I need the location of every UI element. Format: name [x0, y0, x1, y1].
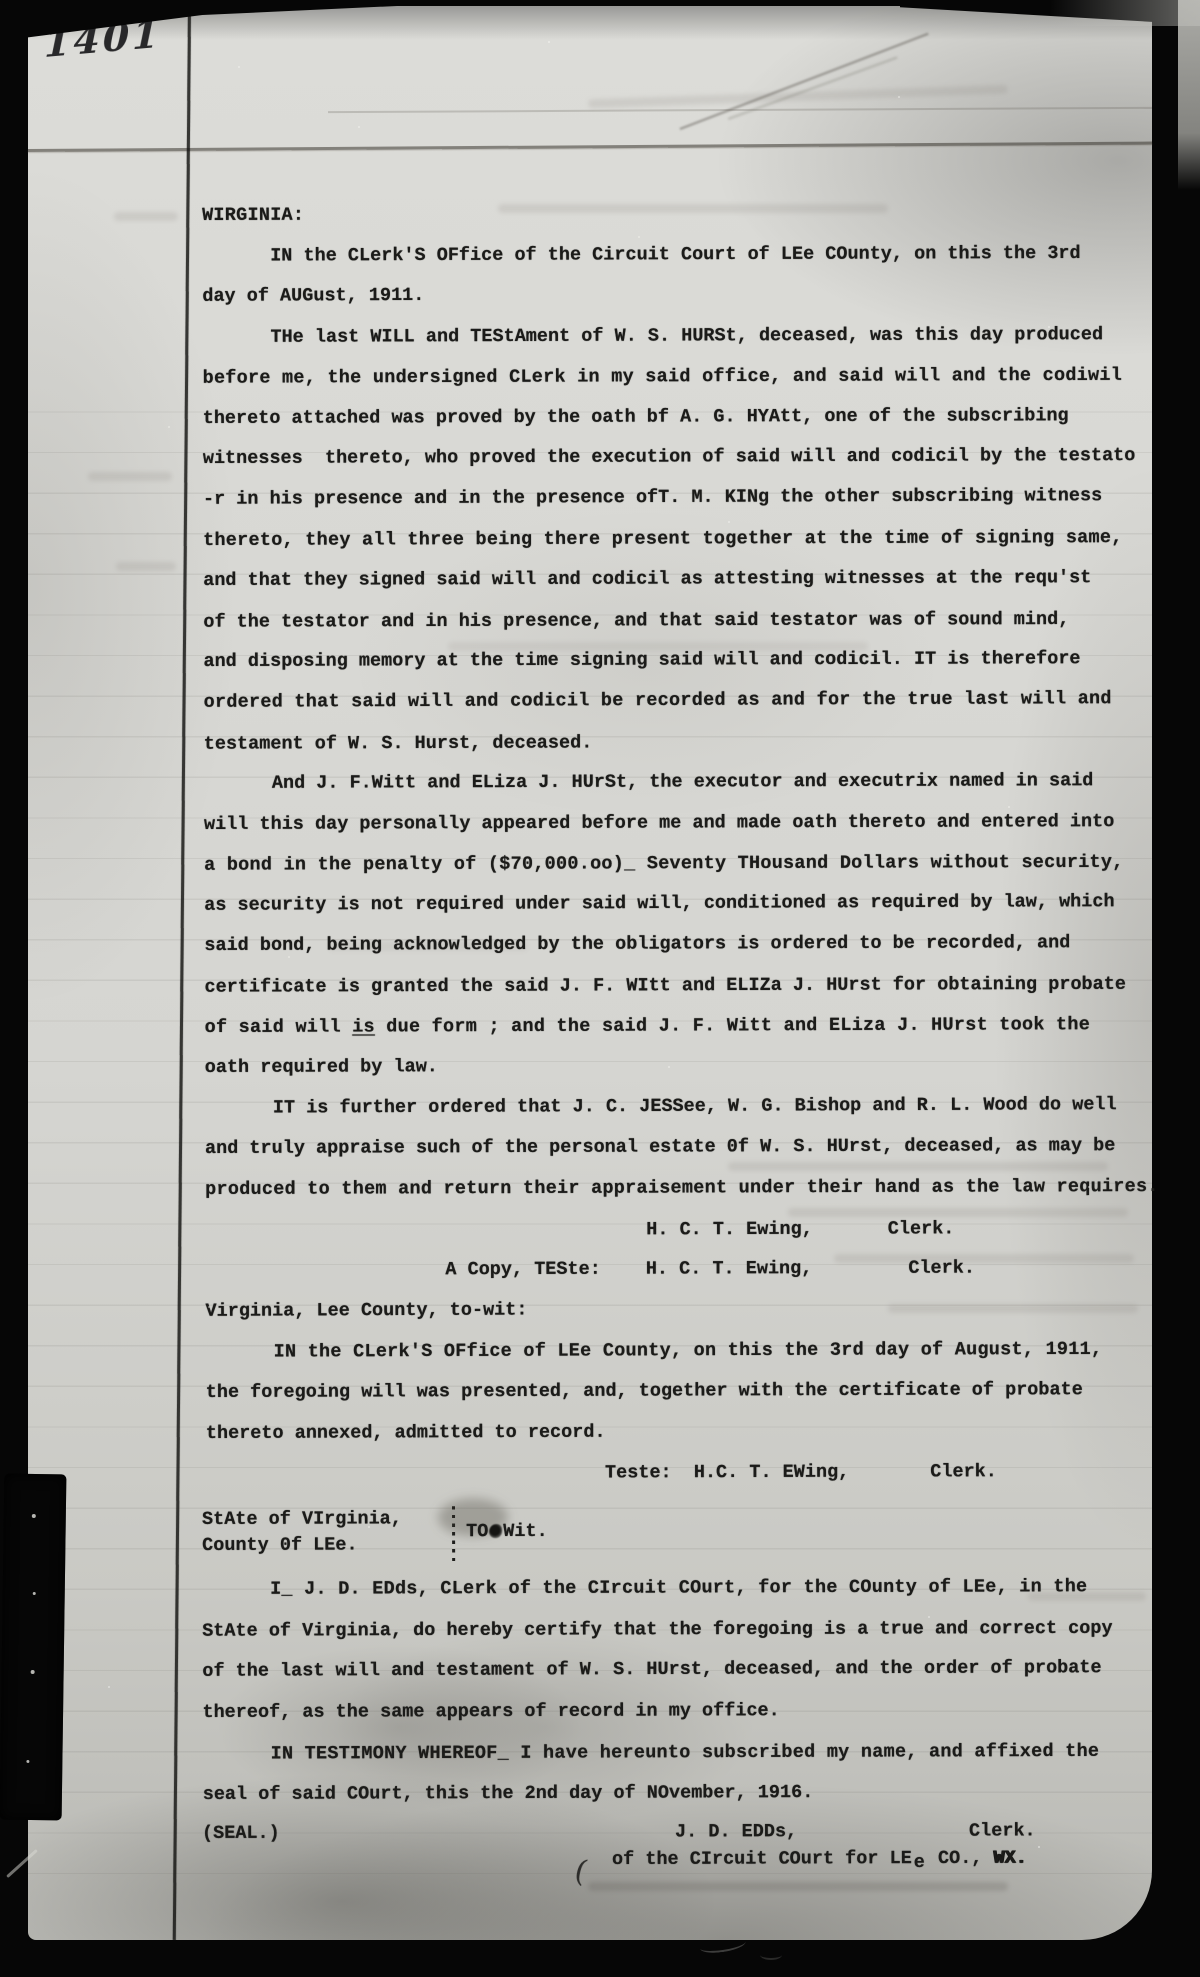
typed-line: of the testator and in his presence, and… — [203, 599, 1153, 643]
typed-text-segment: Clerk. — [888, 1218, 955, 1239]
typed-line: day of AUGust, 1911. — [202, 272, 1152, 316]
state-line: StAte of VIrginia, — [202, 1506, 402, 1533]
typed-line: thereto attached was proved by the oath … — [203, 395, 1153, 439]
scan-edge-light — [1050, 0, 1200, 26]
typed-line: ordered that said will and codicil be re… — [204, 678, 1154, 722]
typed-line: and disposing memory at the time signing… — [203, 639, 1153, 683]
dust-speck — [32, 1514, 36, 1518]
ghost-text-smudge — [88, 472, 172, 481]
typed-line: StAte of Virginia, do hereby certify tha… — [202, 1608, 1152, 1652]
typed-line: IN the CLerk'S OFfice of LEe County, on … — [206, 1329, 1156, 1373]
black-ink-blotch — [0, 1474, 66, 1821]
typed-line: I_ J. D. EDds, CLerk of the CIrcuit COur… — [202, 1566, 1152, 1610]
typed-line: before me, the undersigned CLerk in my s… — [203, 355, 1153, 399]
typed-line: THe last WILL and TEStAment of W. S. HUR… — [202, 314, 1152, 358]
ghost-text-smudge — [588, 85, 1008, 109]
typed-text-block-1: WIRGINIA:IN the CLerk'S OFfice of the Ci… — [202, 192, 1156, 1494]
to-wit-post: Wit. — [503, 1521, 547, 1542]
ghost-text-smudge — [114, 212, 178, 221]
ghost-text-smudge — [588, 1882, 1008, 1891]
court-line: of the CIrcuit COurt for LEe CO., WX. — [612, 1848, 1027, 1870]
pen-squiggle-mark: ( — [571, 1853, 591, 1890]
faint-rule-line — [328, 107, 1152, 113]
horizontal-rule-line — [28, 142, 1152, 152]
scan-edge-light — [1178, 0, 1200, 190]
document-page: 1401 WIRGINIA:IN the CLerk'S OFfice of t… — [28, 6, 1152, 1940]
typed-line: of said will is due form ; and the said … — [205, 1004, 1155, 1048]
dust-speck — [33, 1592, 36, 1595]
typed-line: IN the CLerk'S OFfice of the Circuit Cou… — [202, 233, 1152, 277]
paper-crease — [680, 33, 929, 131]
scanned-document-photo: { "page_number": "1401", "colors": { "pa… — [0, 0, 1200, 1977]
typed-line: WIRGINIA: — [202, 192, 1152, 236]
vertical-margin-rule — [173, 6, 191, 1940]
faint-handwriting-mark — [760, 1950, 782, 1960]
seal-label: (SEAL.) — [202, 1823, 280, 1844]
to-wit-label: TOWit. — [466, 1519, 548, 1545]
typed-line: and that they signed said will and codic… — [203, 557, 1153, 601]
typed-line: witnesses thereto, who proved the execut… — [203, 436, 1153, 480]
typed-text-segment: H. C. T. Ewing, — [646, 1218, 813, 1240]
typed-line: thereto annexed, admitted to record. — [206, 1410, 1156, 1454]
typed-line: oath required by law. — [205, 1044, 1155, 1088]
typed-text-segment: is — [352, 1016, 375, 1037]
court-line-state: WX. — [993, 1848, 1026, 1869]
court-line-pre: of the CIrcuit COurt for LE — [612, 1848, 912, 1870]
dust-speck — [26, 1760, 29, 1763]
ghost-text-smudge — [116, 562, 176, 571]
ink-blot-icon — [489, 1524, 502, 1538]
signature-line: H. C. T. Ewing,Clerk. — [205, 1208, 1155, 1252]
typed-text-segment: H. C. T. Ewing, — [646, 1258, 813, 1280]
typed-line: the foregoing will was presented, and, t… — [206, 1369, 1156, 1413]
court-line-mid: CO., — [927, 1848, 994, 1869]
typed-line: as security is not required under said w… — [204, 881, 1154, 925]
state-county-block: StAte of VIrginia, County 0f LEe. TOWit. — [202, 1506, 402, 1559]
typed-line: a bond in the penalty of ($70,000.oo)_ S… — [204, 842, 1154, 886]
typed-text-segment: due form ; and the said J. F. Witt and E… — [375, 1014, 1090, 1037]
court-line-subscript-e: e — [914, 1852, 925, 1873]
dust-speck — [31, 1670, 35, 1674]
signature-line: Teste: H.C. T. EWing,Clerk. — [206, 1451, 1156, 1495]
typed-line: will this day personally appeared before… — [204, 801, 1154, 845]
signature-line: A Copy, TESte:H. C. T. Ewing,Clerk. — [205, 1247, 1155, 1291]
typed-text-segment: A Copy, TESte: — [445, 1259, 601, 1280]
to-wit-pre: TO — [466, 1521, 488, 1542]
typed-line: And J. F.Witt and ELiza J. HUrSt, the ex… — [204, 760, 1154, 804]
typed-line: testament of W. S. Hurst, deceased. — [204, 720, 1154, 764]
typed-line: certificate is granted the said J. F. WI… — [204, 964, 1154, 1008]
typed-line: IN TESTIMONY WHEREOF_ I have hereunto su… — [203, 1731, 1153, 1775]
typed-line: Virginia, Lee County, to-wit: — [205, 1287, 1155, 1331]
typed-line: of the last will and testament of W. S. … — [202, 1647, 1152, 1692]
typed-line: -r in his presence and in the presence o… — [203, 475, 1153, 519]
typed-text-segment: of said will — [205, 1016, 353, 1037]
typed-line: IT is further ordered that J. C. JESSee,… — [205, 1084, 1155, 1128]
clerk-signature-name: J. D. EDDs, — [675, 1821, 797, 1842]
typed-line: said bond, being acknowledged by the obl… — [204, 923, 1154, 967]
typed-line: and truly appraise such of the personal … — [205, 1126, 1155, 1170]
typed-text-segment: Clerk. — [930, 1461, 997, 1482]
typed-text-block-2: I_ J. D. EDds, CLerk of the CIrcuit COur… — [202, 1566, 1153, 1815]
typed-line: produced to them and return their apprai… — [205, 1166, 1155, 1210]
typed-text-segment: Teste: H.C. T. EWing, — [605, 1462, 849, 1484]
typed-line: seal of said COurt, this the 2nd day of … — [203, 1771, 1153, 1815]
seal-signature-row: (SEAL.) J. D. EDDs, Clerk. — [202, 1820, 1152, 1844]
typed-text-segment: Clerk. — [908, 1258, 975, 1279]
county-line: County 0f LEe. — [202, 1532, 402, 1559]
typed-line: thereto, they all three being there pres… — [203, 517, 1153, 561]
clerk-title: Clerk. — [969, 1820, 1036, 1841]
typed-line: thereof, as the same appears of record i… — [202, 1689, 1152, 1733]
